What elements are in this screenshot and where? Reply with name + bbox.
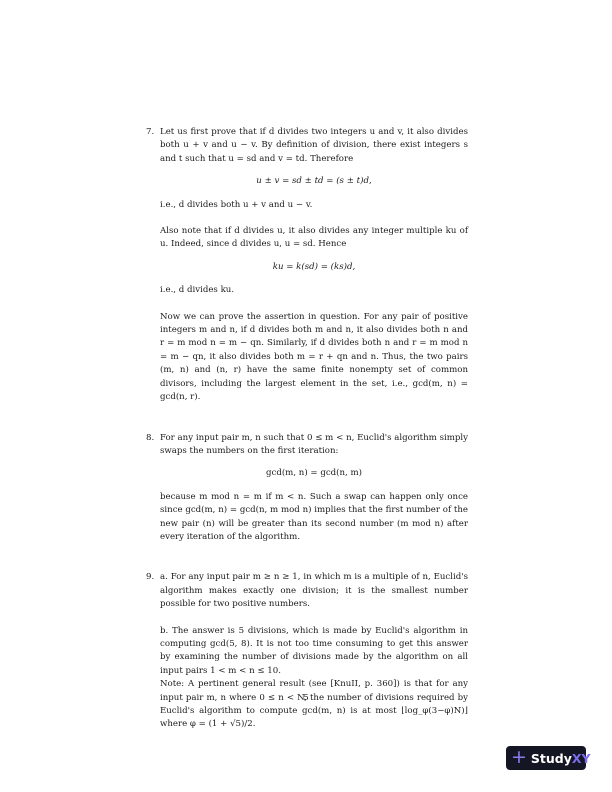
problem-9: 9. a. For any input pair m ≥ n ≥ 1, in w… (146, 571, 468, 731)
page-number: 5 (0, 693, 612, 703)
paragraph: Let us first prove that if d divides two… (160, 126, 468, 166)
paragraph: because m mod n = m if m < n. Such a swa… (160, 491, 468, 545)
item-number: 7. (146, 126, 154, 139)
equation: ku = k(sd) = (ks)d, (160, 261, 468, 274)
paragraph: Also note that if d divides u, it also d… (160, 225, 468, 252)
equation: u ± v = sd ± td = (s ± t)d, (160, 175, 468, 188)
item-number: 8. (146, 432, 154, 445)
problem-7: 7. Let us first prove that if d divides … (146, 126, 468, 405)
plus-icon: + (511, 748, 527, 767)
paragraph: i.e., d divides ku. (160, 284, 468, 297)
note-paragraph: Note: A pertinent general result (see [K… (160, 678, 468, 732)
equation: gcd(m, n) = gcd(n, m) (160, 467, 468, 480)
document-body: 7. Let us first prove that if d divides … (146, 126, 468, 732)
paragraph-part-b: b. The answer is 5 divisions, which is m… (160, 625, 468, 679)
brand-name: Study (531, 751, 572, 766)
paragraph-part-a: a. For any input pair m ≥ n ≥ 1, in whic… (160, 571, 468, 611)
paragraph: For any input pair m, n such that 0 ≤ m … (160, 432, 468, 459)
document-page: 7. Let us first prove that if d divides … (0, 0, 612, 792)
item-number: 9. (146, 571, 154, 584)
problem-8: 8. For any input pair m, n such that 0 ≤… (146, 432, 468, 545)
paragraph: Now we can prove the assertion in questi… (160, 311, 468, 405)
brand-name-accent: XY (572, 751, 591, 766)
studyxy-watermark: + StudyXY (506, 746, 586, 770)
paragraph: i.e., d divides both u + v and u − v. (160, 199, 468, 212)
